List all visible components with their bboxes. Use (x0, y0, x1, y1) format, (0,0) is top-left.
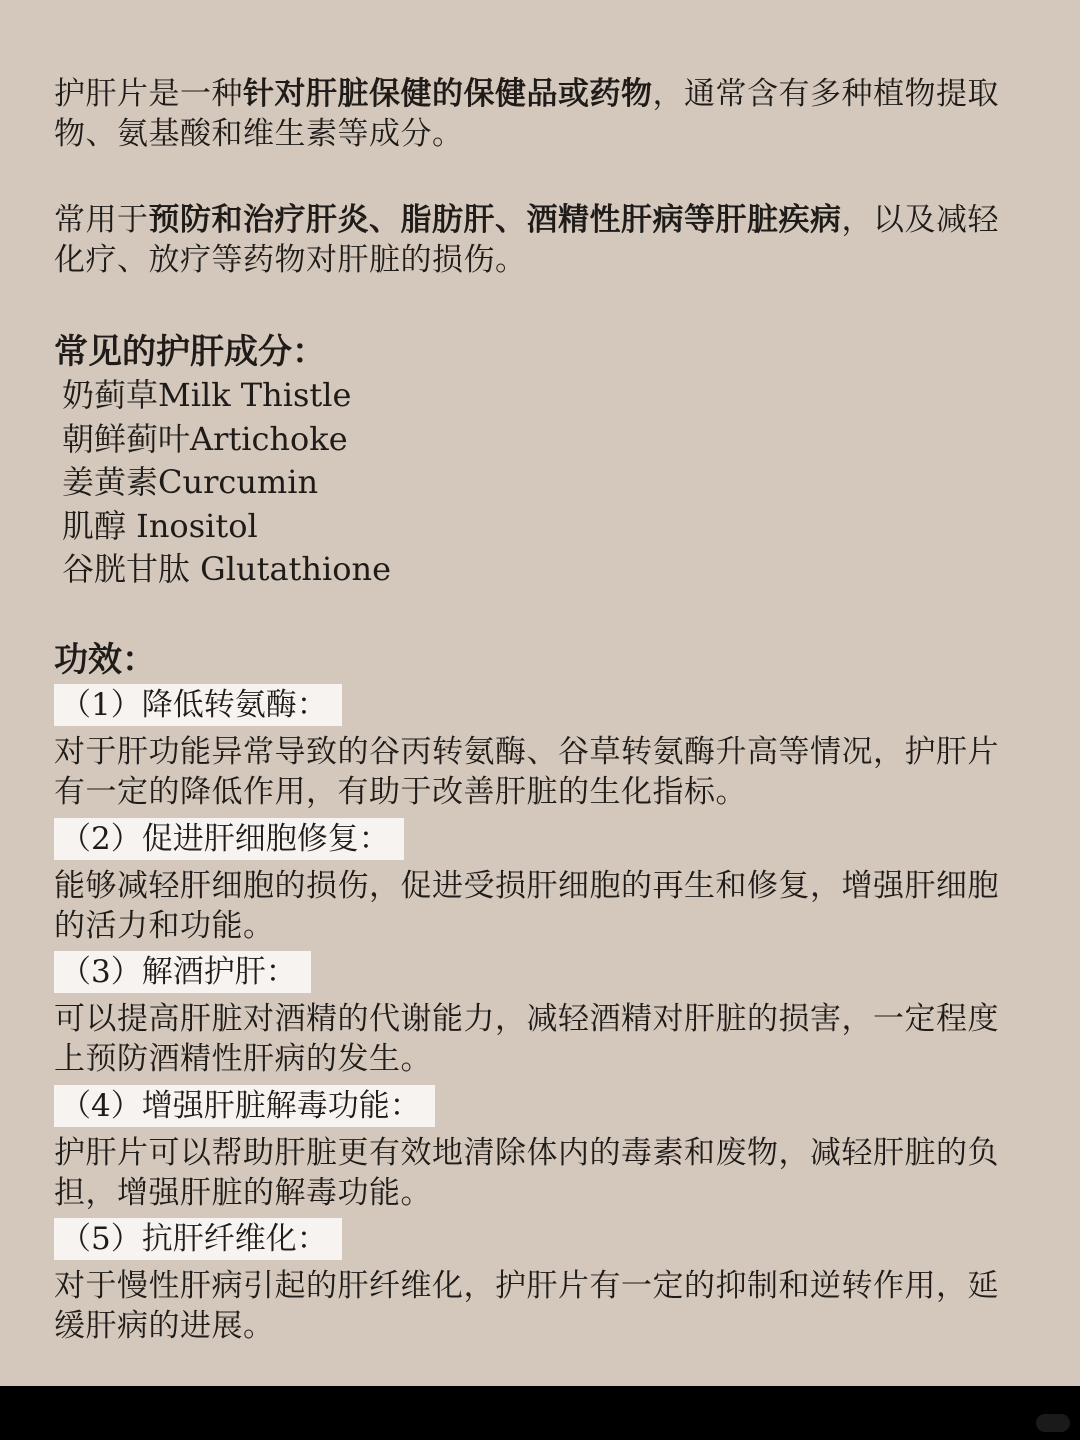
effect-item: （4）增强肝脏解毒功能： 护肝片可以帮助肝脏更有效地清除体内的毒素和废物，减轻肝… (54, 1085, 1029, 1213)
ingredients-heading: 常见的护肝成分： (54, 330, 326, 374)
effect-item: （1）降低转氨酶： 对于肝功能异常导致的谷丙转氨酶、谷草转氨酶升高等情况，护肝片… (54, 684, 1029, 812)
effect-description: 可以提高肝脏对酒精的代谢能力，减轻酒精对肝脏的损害，一定程度上预防酒精性肝病的发… (54, 999, 1029, 1079)
effects-heading: 功效： (54, 638, 156, 682)
effect-title: （1）降低转氨酶： (54, 684, 342, 726)
watermark-icon (1036, 1414, 1070, 1432)
ingredient-item: 肌醇 Inositol (62, 505, 391, 549)
ingredient-item: 姜黄素Curcumin (62, 461, 391, 505)
effect-description: 对于慢性肝病引起的肝纤维化，护肝片有一定的抑制和逆转作用，延缓肝病的进展。 (54, 1266, 1029, 1346)
ingredients-list: 奶蓟草Milk Thistle 朝鲜蓟叶Artichoke 姜黄素Curcumi… (62, 374, 391, 592)
intro-bold-text: 针对肝脏保健的保健品或药物 (243, 76, 653, 112)
bottom-bar (0, 1386, 1080, 1440)
ingredient-item: 朝鲜蓟叶Artichoke (62, 418, 391, 462)
effect-title: （5）抗肝纤维化： (54, 1218, 342, 1260)
intro-bold-text: 预防和治疗肝炎、脂肪肝、酒精性肝病等肝脏疾病 (149, 202, 842, 238)
effect-description: 对于肝功能异常导致的谷丙转氨酶、谷草转氨酶升高等情况，护肝片有一定的降低作用，有… (54, 732, 1029, 812)
intro-text: 护肝片是一种 (54, 76, 243, 112)
effect-title: （2）促进肝细胞修复： (54, 818, 404, 860)
intro-text: 常用于 (54, 202, 149, 238)
ingredient-item: 谷胱甘肽 Glutathione (62, 548, 391, 592)
effect-item: （2）促进肝细胞修复： 能够减轻肝细胞的损伤，促进受损肝细胞的再生和修复，增强肝… (54, 818, 1029, 946)
effect-item: （5）抗肝纤维化： 对于慢性肝病引起的肝纤维化，护肝片有一定的抑制和逆转作用，延… (54, 1218, 1029, 1346)
effect-title: （4）增强肝脏解毒功能： (54, 1085, 435, 1127)
effect-title: （3）解酒护肝： (54, 951, 311, 993)
intro-paragraph-1: 护肝片是一种针对肝脏保健的保健品或药物，通常含有多种植物提取物、氨基酸和维生素等… (54, 74, 1029, 154)
ingredient-item: 奶蓟草Milk Thistle (62, 374, 391, 418)
intro-paragraph-2: 常用于预防和治疗肝炎、脂肪肝、酒精性肝病等肝脏疾病，以及减轻化疗、放疗等药物对肝… (54, 200, 1029, 280)
effect-item: （3）解酒护肝： 可以提高肝脏对酒精的代谢能力，减轻酒精对肝脏的损害，一定程度上… (54, 951, 1029, 1079)
effect-description: 能够减轻肝细胞的损伤，促进受损肝细胞的再生和修复，增强肝细胞的活力和功能。 (54, 866, 1029, 946)
effect-description: 护肝片可以帮助肝脏更有效地清除体内的毒素和废物，减轻肝脏的负担，增强肝脏的解毒功… (54, 1133, 1029, 1213)
